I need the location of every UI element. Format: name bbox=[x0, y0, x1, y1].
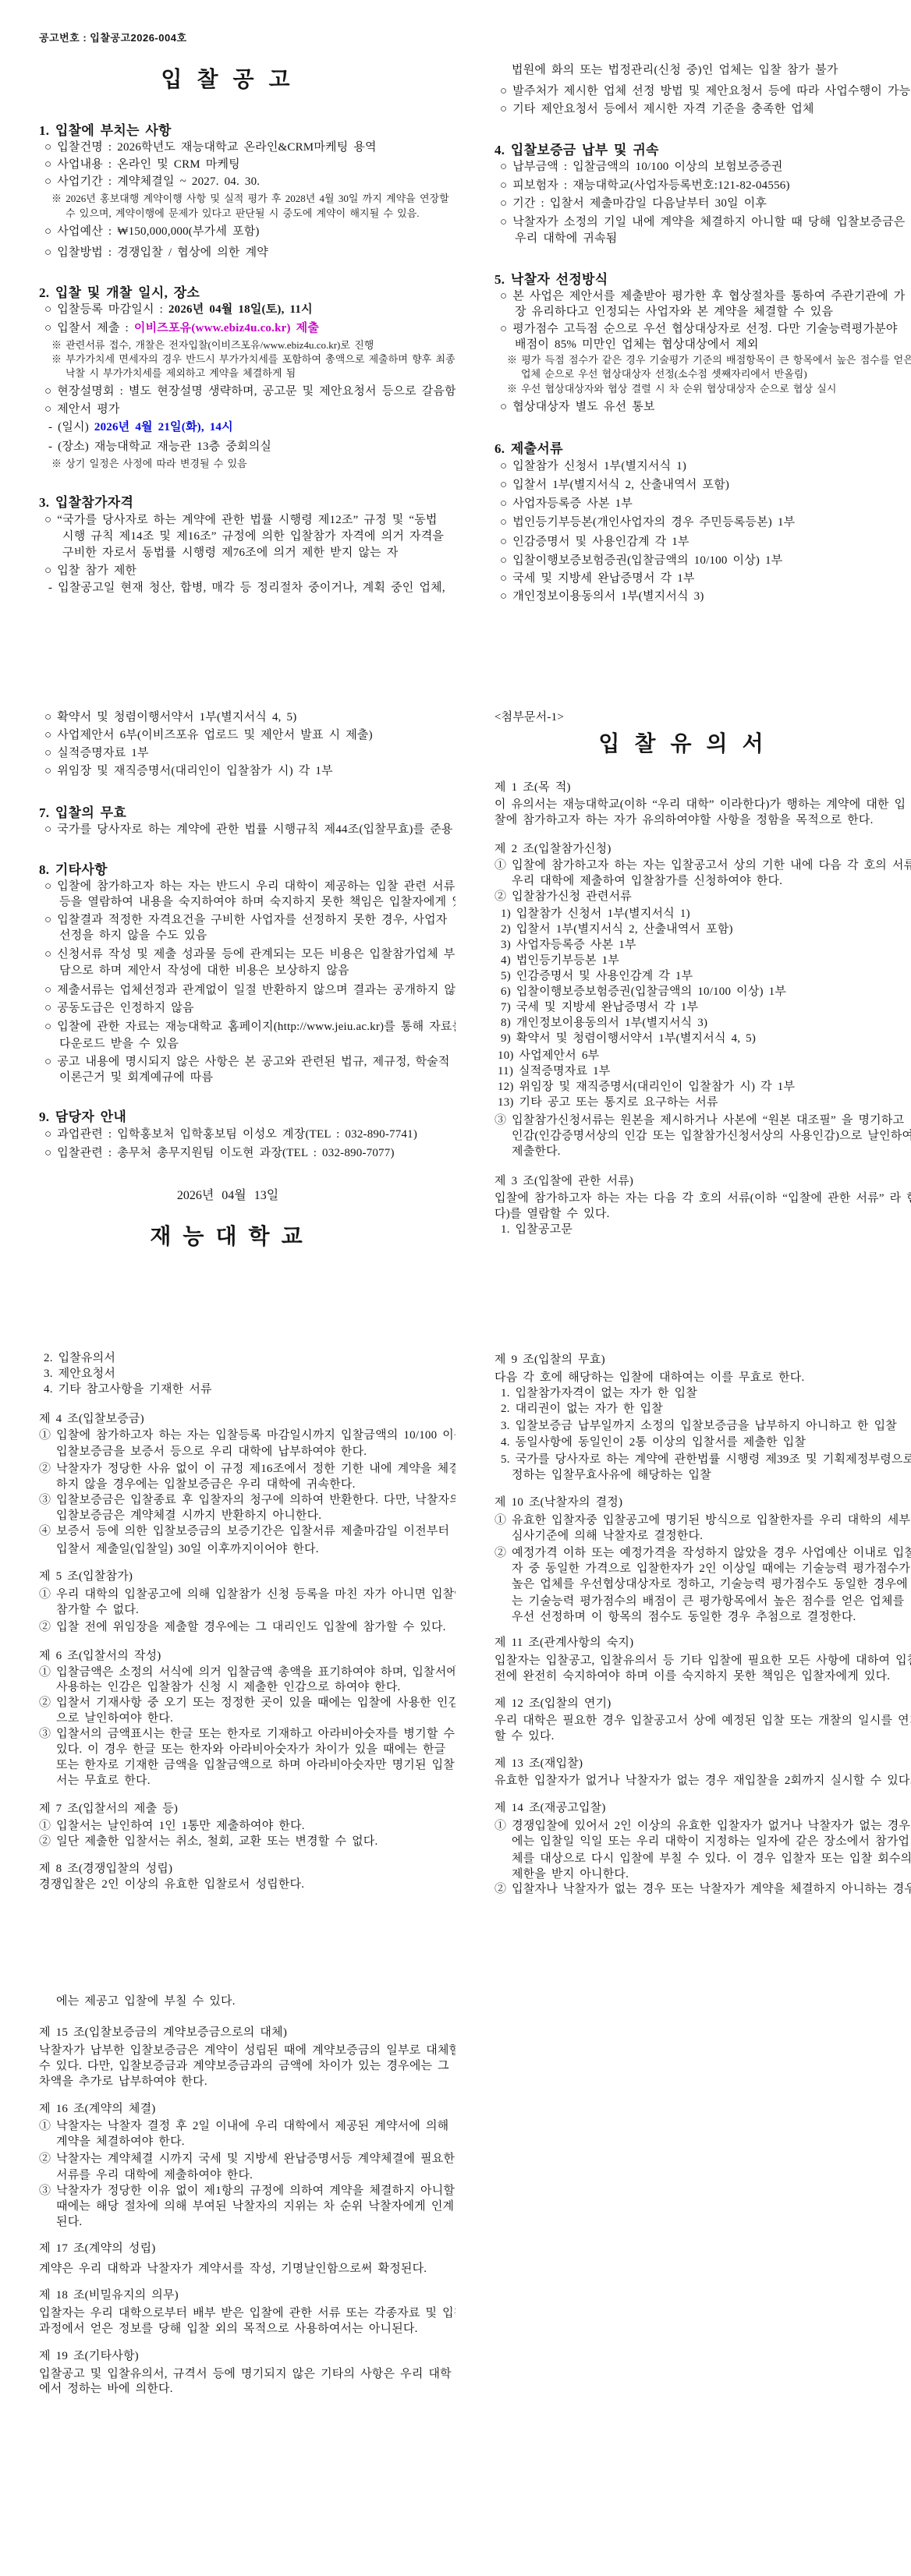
note-line: ※ 관련서류 접수, 개찰은 전자입찰(이비즈포유/www.ebiz4u.co.… bbox=[51, 338, 374, 352]
text-line: 또는 한자로 기재한 금액을 입찰금액으로 하며 아라비아숫자만 명기된 입찰 bbox=[56, 1758, 455, 1773]
text-line: 입찰공고 및 입찰유의서, 규격서 등에 명기되지 않은 기타의 사항은 우리 … bbox=[39, 2367, 452, 2382]
note-line: 업체 순으로 우선 협상대상자 선정(소수점 셋째자리에서 반올림) bbox=[521, 367, 807, 380]
article-heading: 제 17 조(계약의 성립) bbox=[39, 2242, 155, 2256]
list-item: 5. 국가를 당사자로 하는 계약에 관한법률 시행령 제39조 및 기획제정부… bbox=[501, 1453, 911, 1467]
note-line: ※ 상기 일정은 사정에 따라 변경될 수 있음 bbox=[51, 457, 247, 470]
text-line: ○ 입찰관련 : 총무처 총무지원팀 이도현 과장(TEL : 032-890-… bbox=[44, 1146, 395, 1161]
text-line: 배점이 85% 미만인 업체는 협상대상에서 제외 bbox=[515, 338, 759, 352]
list-item: 13) 기타 공고 또는 통지로 요구하는 서류 bbox=[498, 1095, 718, 1110]
list-item: 11) 실적증명자료 1부 bbox=[498, 1064, 610, 1079]
text-line: 할 수 있다. bbox=[494, 1729, 555, 1744]
text-line: - (일시) 2026년 4월 21일(화), 14시 bbox=[48, 420, 233, 435]
text-line: ○ 입찰서 제출 : 이비즈포유(www.ebiz4u.co.kr) 제출 bbox=[44, 321, 319, 336]
text-line: ○ 기간 : 입찰서 제출마감일 다음날부터 30일 이후 bbox=[500, 196, 767, 211]
text-line: ○ 개인정보이용동의서 1부(별지서식 3) bbox=[500, 589, 704, 604]
text-line: 서류를 우리 대학에 제출하여야 한다. bbox=[56, 2168, 253, 2183]
text-line: 참가할 수 없다. bbox=[56, 1603, 139, 1618]
text-line: 서는 무효로 한다. bbox=[56, 1774, 151, 1789]
text-line: 높은 업체를 우선협상대상자로 정하고, 기술능력 평가점수도 동일한 경우에 bbox=[512, 1577, 908, 1592]
text-line: 등을 열람하여 내용을 숙지하여야 하며 숙지하지 못한 책임은 입찰자에게 있… bbox=[59, 895, 455, 910]
text-line: 심사기준에 의해 낙찰자로 결정한다. bbox=[512, 1529, 703, 1544]
list-item: 2) 입찰서 1부(별지서식 2, 산출내역서 포함) bbox=[501, 922, 733, 937]
text-line: ○ 입찰 참가 제한 bbox=[44, 564, 136, 579]
text-line: ○ 입찰등록 마감일시 : 2026년 04월 18일(토), 11시 bbox=[44, 303, 313, 317]
article-heading: 제 8 조(경쟁입찰의 성립) bbox=[39, 1862, 172, 1877]
text-line: 입찰자는 입찰공고, 입찰유의서 등 기타 입찰에 필요한 모든 사항에 대하여… bbox=[494, 1654, 911, 1668]
text-line: ○ 신청서류 작성 및 제출 성과물 등에 관계되는 모든 비용은 입찰참가업체… bbox=[44, 947, 455, 962]
text-line: ② 예정가격 이하 또는 예정가격을 작성하지 않았을 경우 사업예산 이내로 … bbox=[494, 1546, 911, 1561]
article-heading: 제 5 조(입찰참가) bbox=[39, 1569, 133, 1584]
text-line: ○ 국가를 당사자로 하는 계약에 관한 법률 시행규칙 제44조(입찰무효)를… bbox=[44, 823, 453, 837]
text-line: 입찰에 참가하고자 하는 자는 다음 각 호의 서류(이하 “입찰에 관한 서류… bbox=[494, 1191, 911, 1206]
page-1: 공고번호 : 입찰공고2026-004호 입 찰 공 고 1. 입찰에 부치는 … bbox=[0, 0, 455, 644]
text-line: ○ 낙찰자가 소정의 기일 내에 계약을 체결하지 아니할 때 당해 입찰보증금… bbox=[500, 215, 905, 230]
text-line: ① 입찰에 참가하고자 하는 자는 입찰등록 마감일시까지 입찰금액의 10/1… bbox=[39, 1428, 455, 1443]
list-item: 10) 사업제안서 6부 bbox=[498, 1049, 599, 1063]
note-line: ※ 부가가치세 면세자의 경우 반드시 부가가치세를 포함하여 총액으로 제출하… bbox=[51, 352, 455, 366]
text-line: - (장소) 재능대학교 재능관 13층 중회의실 bbox=[48, 440, 271, 455]
text-line: ○ 사업기간 : 계약체결일 ~ 2027. 04. 30. bbox=[44, 175, 260, 189]
text-line: ④ 보증서 등에 의한 입찰보증금의 보증기간은 입찰서류 제출마감일 이전부터 bbox=[39, 1524, 449, 1539]
note-line: ※ 평가 득점 점수가 같은 경우 기술평가 기준의 배점항목이 큰 항목에서 … bbox=[507, 353, 911, 366]
text-line: 에서 정하는 바에 의한다. bbox=[39, 2382, 173, 2397]
text-line: ○ 입찰참가 신청서 1부(별지서식 1) bbox=[500, 459, 686, 474]
page-5: 2. 입찰유의서 3. 제안요청서 4. 기타 참고사항을 기재한 서류 제 4… bbox=[0, 1288, 455, 1932]
list-item: 3) 사업자등록증 사본 1부 bbox=[501, 938, 636, 953]
article-heading: 제 19 조(기타사항) bbox=[39, 2349, 139, 2364]
text-line: ○ 사업내용 : 온라인 및 CRM 마케팅 bbox=[44, 157, 240, 172]
text-line: ○ 입찰건명 : 2026학년도 재능대학교 온라인&CRM마케팅 용역 bbox=[44, 140, 377, 155]
announcement-date: 2026년 04월 13일 bbox=[0, 1185, 455, 1203]
text-line: 제출한다. bbox=[512, 1145, 561, 1159]
text-line: ① 입찰금액은 소정의 서식에 의거 입찰금액 총액을 표기하여야 하며, 입찰… bbox=[39, 1665, 455, 1680]
text-line: 이 유의서는 재능대학교(이하 “우리 대학” 이라한다)가 행하는 계약에 대… bbox=[494, 798, 906, 812]
text-line: 때에는 해당 절차에 의해 부여된 낙찰자의 지위는 차 순위 낙찰자에게 인계 bbox=[56, 2199, 454, 2214]
text-line: ○ 위임장 및 재직증명서(대리인이 입찰참가 시) 각 1부 bbox=[44, 764, 333, 779]
text-line: ○ 입찰결과 적정한 자격요건을 구비한 사업자를 선정하지 못한 경우, 사업… bbox=[44, 913, 447, 928]
text-line: ○ 납부금액 : 입찰금액의 10/100 이상의 보험보증증권 bbox=[500, 160, 783, 175]
text-line: 된다. bbox=[56, 2215, 82, 2230]
text-line: 으로 날인하여야 한다. bbox=[56, 1711, 173, 1726]
text-line: ③ 입찰참가신청서류는 원본을 제시하거나 사본에 “원본 대조필” 을 명기하… bbox=[494, 1113, 904, 1128]
text-line: ○ 입찰이행보증보험증권(입찰금액의 10/100 이상) 1부 bbox=[500, 554, 782, 568]
text-line: ○ 공동도급은 인정하지 않음 bbox=[44, 1001, 194, 1016]
text-line: 체를 대상으로 다시 입찰에 부칠 수 있다. 이 경우 입찰자 또는 입찰 회… bbox=[512, 1852, 911, 1867]
text-line: ② 입찰서 기재사항 중 오기 또는 정정한 곳이 있을 때에는 입찰에 사용한… bbox=[39, 1696, 455, 1711]
page-3: ○ 확약서 및 청렴이행서약서 1부(별지서식 4, 5) ○ 사업제안서 6부… bbox=[0, 644, 455, 1288]
text-line: 과정에서 얻은 정보를 당해 입찰 외의 목적으로 사용하여서는 아니된다. bbox=[39, 2322, 418, 2337]
text-line: 경쟁입찰은 2인 이상의 유효한 입찰로서 성립한다. bbox=[39, 1877, 304, 1892]
text-line: 구비한 자로서 동법률 시행령 제76조에 의거 제한 받지 않는 자 bbox=[62, 546, 399, 561]
text-line: 입찰서 제출일(입찰일) 30일 이후까지이어야 한다. bbox=[56, 1542, 319, 1557]
article-heading: 제 13 조(재입찰) bbox=[494, 1757, 583, 1771]
text-line: ② 입찰참가신청 관련서류 bbox=[494, 890, 632, 904]
page-8 bbox=[455, 1932, 911, 2576]
text-line: 다음 각 호에 해당하는 입찰에 대하여는 이를 무효로 한다. bbox=[494, 1371, 804, 1385]
article-heading: 제 15 조(입찰보증금의 계약보증금으로의 대체) bbox=[39, 2026, 287, 2040]
ebiz-link-text: 이비즈포유(www.ebiz4u.co.kr) 제출 bbox=[134, 322, 319, 334]
text-line: ① 낙찰자는 낙찰자 결정 후 2일 이내에 우리 대학에서 제공된 계약서에 … bbox=[39, 2119, 448, 2134]
text-line: 는 기술능력 평가점수의 배점이 큰 평가항목에서 높은 점수를 얻은 업체를 bbox=[512, 1594, 904, 1609]
note-line: 낙찰 시 부가가치세를 제외하고 계약을 체결하게 됨 bbox=[66, 366, 296, 380]
note-line: ※ 2026년 홍보대행 계약이행 사항 및 실적 평가 후 2028년 4월 … bbox=[51, 192, 449, 205]
text-line: ○ 입찰에 참가하고자 하는 자는 반드시 우리 대학이 제공하는 입찰 관련 … bbox=[44, 879, 455, 894]
section-6-heading: 6. 제출서류 bbox=[494, 437, 563, 457]
article-heading: 제 7 조(입찰서의 제출 등) bbox=[39, 1802, 178, 1817]
list-item: 4. 기타 참고사항을 기재한 서류 bbox=[44, 1382, 212, 1397]
text-line: ○ 입찰서 1부(별지서식 2, 산출내역서 포함) bbox=[500, 478, 729, 493]
text-line: ○ 사업자등록증 사본 1부 bbox=[500, 497, 633, 511]
list-item: 3. 제안요청서 bbox=[44, 1367, 115, 1382]
article-heading: 제 11 조(관계사항의 숙지) bbox=[494, 1636, 633, 1651]
section-4-heading: 4. 입찰보증금 납부 및 귀속 bbox=[494, 139, 659, 158]
text-line: 에는 입찰일 익일 또는 우리 대학이 지정하는 일자에 같은 장소에서 참가업 bbox=[512, 1835, 909, 1849]
section-9-heading: 9. 담당자 안내 bbox=[39, 1106, 126, 1125]
list-item: 12) 위임장 및 재직증명서(대리인이 입찰참가 시) 각 1부 bbox=[498, 1080, 795, 1095]
article-heading: 제 10 조(낙찰자의 결정) bbox=[494, 1495, 622, 1510]
text-line: ○ 확약서 및 청렴이행서약서 1부(별지서식 4, 5) bbox=[44, 710, 296, 725]
article-heading: 제 9 조(입찰의 무효) bbox=[494, 1353, 605, 1368]
text-line: 입찰자는 우리 대학으로부터 배부 받은 입찰에 관한 서류 또는 각종자료 및… bbox=[39, 2306, 455, 2321]
text-line: 찰에 참가하고자 하는 자가 유의하여야할 사항을 정함을 목적으로 한다. bbox=[494, 813, 874, 828]
text-line: ○ 입찰방법 : 경쟁입찰 / 협상에 의한 계약 bbox=[44, 246, 268, 260]
text-line: 있다. 이 경우 한글 또는 한자와 아라비아숫자가 차이가 있을 때에는 한글 bbox=[56, 1743, 445, 1757]
text-line: 이론근거 및 회계예규에 따름 bbox=[59, 1070, 213, 1085]
section-5-heading: 5. 낙찰자 선정방식 bbox=[494, 268, 608, 288]
text-line: 우리 대학에 귀속됨 bbox=[515, 232, 617, 246]
text-line: ○ 입찰에 관한 자료는 재능대학교 홈페이지(http://www.jeiu.… bbox=[44, 1020, 455, 1035]
text-line: 법원에 화의 또는 법정관리(신청 중)인 업체는 입찰 참가 불가 bbox=[512, 63, 838, 78]
text-line: 우리 대학은 필요한 경우 입찰공고서 상에 예정된 입찰 또는 개찰의 일시를… bbox=[494, 1714, 911, 1729]
page-6: 제 9 조(입찰의 무효) 다음 각 호에 해당하는 입찰에 대하여는 이를 무… bbox=[455, 1288, 911, 1932]
text-line: ○ 과업관련 : 입학홍보처 입학홍보팀 이성오 계장(TEL : 032-89… bbox=[44, 1127, 417, 1142]
list-item: 2. 입찰유의서 bbox=[44, 1351, 115, 1366]
text-line: ○ 피보험자 : 재능대학교(사업자등록번호:121-82-04556) bbox=[500, 179, 790, 193]
list-item: 6) 입찰이행보증보험증권(입찰금액의 10/100 이상) 1부 bbox=[501, 985, 786, 1000]
text-line: 전에 완전히 숙지하여야 하며 이를 숙지하지 못한 책임은 입찰자에게 있다. bbox=[494, 1669, 890, 1684]
document-canvas: 공고번호 : 입찰공고2026-004호 입 찰 공 고 1. 입찰에 부치는 … bbox=[0, 0, 911, 2576]
text-line: ○ 평가점수 고득점 순으로 우선 협상대상자로 선정. 다만 기술능력평가분야 bbox=[500, 322, 898, 337]
page-7: 에는 제공고 입찰에 부칠 수 있다. 제 15 조(입찰보증금의 계약보증금으… bbox=[0, 1932, 455, 2576]
text-line: ① 입찰에 참가하고자 하는 자는 입찰공고서 상의 기한 내에 다음 각 호의… bbox=[494, 858, 911, 873]
text-line: ○ 공고 내용에 명시되지 않은 사항은 본 공고와 관련된 법규, 제규정, … bbox=[44, 1055, 450, 1070]
text-line: ○ 국세 및 지방세 완납증명서 각 1부 bbox=[500, 571, 695, 586]
article-heading: 제 18 조(비밀유지의 의무) bbox=[39, 2288, 179, 2303]
text-line: 선정을 하지 않을 수도 있음 bbox=[59, 929, 207, 943]
text-line: ○ 협상대상자 별도 유선 통보 bbox=[500, 400, 655, 415]
section-2-heading: 2. 입찰 및 개찰 일시, 장소 bbox=[39, 281, 200, 301]
text-line: 다운로드 받을 수 있음 bbox=[59, 1037, 179, 1052]
list-item: 5) 인감증명서 및 사용인감계 각 1부 bbox=[501, 969, 693, 984]
text-line: 우선 선정하며 이 항목의 점수도 동일한 경우 추첨으로 결정한다. bbox=[512, 1610, 856, 1625]
text-line: 에는 제공고 입찰에 부칠 수 있다. bbox=[56, 1994, 236, 2009]
text-line: ○ 법인등기부등본(개인사업자의 경우 주민등록등본) 1부 bbox=[500, 515, 795, 530]
text-line: ③ 낙찰자가 정당한 이유 없이 제1항의 규정에 의하여 계약을 체결하지 아… bbox=[39, 2184, 455, 2199]
page-4: <첨부문서-1> 입 찰 유 의 서 제 1 조(목 적) 이 유의서는 재능대… bbox=[455, 644, 911, 1288]
text-line: ○ 본 사업은 제안서를 제출받아 평가한 후 협상절차를 통하여 주관기관에 … bbox=[500, 289, 905, 304]
text-line: 수 있다. 다만, 입찰보증금과 계약보증금과의 금액에 차이가 있는 경우에는… bbox=[39, 2059, 449, 2074]
article-heading: 제 2 조(입찰참가신청) bbox=[494, 842, 611, 857]
text-line: ② 낙찰자가 정당한 사유 없이 이 규정 제16조에서 정한 기한 내에 계약… bbox=[39, 1462, 455, 1477]
text-line: ① 경쟁입찰에 있어서 2인 이상의 유효한 입찰자가 없거나 낙찰자가 없는 … bbox=[494, 1819, 910, 1834]
section-8-heading: 8. 기타사항 bbox=[39, 858, 108, 878]
doc-title: 입 찰 공 고 bbox=[0, 62, 455, 94]
text-line: ○ 현장설명회 : 별도 현장설명 생략하며, 공고문 및 제안요청서 등으로 … bbox=[44, 384, 455, 399]
page-2: 법원에 화의 또는 법정관리(신청 중)인 업체는 입찰 참가 불가 ○ 발주처… bbox=[455, 0, 911, 644]
text-line: 하지 않을 경우에는 입찰보증금은 우리 대학에 귀속한다. bbox=[56, 1477, 356, 1492]
list-item: 7) 국세 및 지방세 완납증명서 각 1부 bbox=[501, 1000, 698, 1015]
text-line: ① 입찰서는 날인하여 1인 1통만 제출하여야 한다. bbox=[39, 1819, 305, 1834]
list-item: 3. 입찰보증금 납부일까지 소정의 입찰보증금을 납부하지 아니하고 한 입찰 bbox=[501, 1419, 897, 1434]
text-line: ○ 기타 제안요청서 등에서 제시한 자격 기준을 충족한 업체 bbox=[500, 102, 814, 117]
list-item: 4) 법인등기부등본 1부 bbox=[501, 954, 619, 968]
text-line: 낙찰자가 납부한 입찰보증금은 계약이 성립된 때에 계약보증금의 일부로 대체… bbox=[39, 2043, 455, 2058]
list-item: 1) 입찰참가 신청서 1부(별지서식 1) bbox=[501, 907, 690, 922]
attachment-title: 입 찰 유 의 서 bbox=[455, 727, 911, 758]
text-line: ② 낙찰자는 계약체결 시까지 국세 및 지방세 완납증명서등 계약체결에 필요… bbox=[39, 2152, 455, 2167]
attachment-tag: <첨부문서-1> bbox=[494, 710, 564, 725]
text-line: ○ 인감증명서 및 사용인감계 각 1부 bbox=[500, 535, 689, 550]
note-line: 수 있으며, 계약이행에 문제가 있다고 판단될 시 중도에 계약이 해지될 수… bbox=[66, 207, 420, 220]
university-name: 재 능 대 학 교 bbox=[0, 1219, 455, 1251]
section-7-heading: 7. 입찰의 무효 bbox=[39, 801, 126, 821]
text-line: ① 유효한 입찰자중 입찰공고에 명기된 방식으로 입찰한자를 우리 대학의 세… bbox=[494, 1513, 910, 1528]
text-line: 계약은 우리 대학과 낙찰자가 계약서를 작성, 기명날인함으로써 확정된다. bbox=[39, 2262, 427, 2277]
list-item: 9) 확약서 및 청렴이행서약서 1부(별지서식 4, 5) bbox=[501, 1031, 756, 1046]
text-line: 사용하는 인감은 입찰참가 신청 시 제출한 인감으로 하여야 한다. bbox=[56, 1680, 401, 1695]
section-3-heading: 3. 입찰참가자격 bbox=[39, 491, 133, 511]
list-item: 1. 입찰참가자격이 없는 자가 한 입찰 bbox=[501, 1386, 697, 1401]
text-line: 장 유리하다고 인정되는 사업자와 본 계약을 체결할 수 있음 bbox=[515, 305, 833, 320]
text-line: 차액을 추가로 납부하여야 한다. bbox=[39, 2075, 207, 2089]
article-heading: 제 16 조(계약의 체결) bbox=[39, 2102, 155, 2117]
section-1-heading: 1. 입찰에 부치는 사항 bbox=[39, 119, 172, 139]
text-line: 인감(인감증명서상의 인감 또는 입찰참가신청서상의 사용인감)으로 날인하여 bbox=[512, 1129, 911, 1144]
text-line: 우리 대학에 제출하여 입찰참가를 신청하여야 한다. bbox=[512, 874, 782, 889]
text-line: ○ 발주처가 제시한 업체 선정 방법 및 제안요청서 등에 따라 사업수행이 … bbox=[500, 84, 911, 99]
text-line: ○ “국가를 당사자로 하는 계약에 관한 법률 시행령 제12조” 규정 및 … bbox=[44, 513, 438, 528]
text-line: ② 입찰 전에 위임장을 제출할 경우에는 그 대리인도 입찰에 참가할 수 있… bbox=[39, 1620, 446, 1635]
text-line: ② 입찰자나 낙찰자가 없는 경우 또는 낙찰자가 계약을 체결하지 아니하는 … bbox=[494, 1882, 911, 1897]
evaluation-date: 2026년 4월 21일(화), 14시 bbox=[94, 421, 233, 433]
text-line: - 입찰공고일 현재 청산, 합병, 매각 등 정리절차 중이거나, 계획 중인… bbox=[48, 581, 445, 596]
text-line: ○ 실적증명자료 1부 bbox=[44, 746, 149, 761]
list-item: 4. 동일사항에 동일인이 2통 이상의 입찰서를 제출한 입찰 bbox=[501, 1435, 806, 1450]
notice-number: 공고번호 : 입찰공고2026-004호 bbox=[39, 30, 187, 44]
text-line: ○ 제안서 평가 bbox=[44, 402, 120, 417]
list-item: 1. 입찰공고문 bbox=[501, 1223, 572, 1237]
text-line: 계약을 체결하여야 한다. bbox=[56, 2135, 185, 2150]
list-item: 2. 대리권이 없는 자가 한 입찰 bbox=[501, 1402, 663, 1417]
text-line: ③ 입찰서의 금액표시는 한글 또는 한자로 기재하고 아라비아숫자를 병기할 … bbox=[39, 1727, 455, 1742]
text-line: ○ 사업제안서 6부(이비즈포유 업로드 및 제안서 발표 시 제출) bbox=[44, 728, 373, 743]
text-line: ② 일단 제출한 입찰서는 취소, 철회, 교환 또는 변경할 수 없다. bbox=[39, 1835, 378, 1849]
text-line: ③ 입찰보증금은 입찰종료 후 입찰자의 청구에 의하여 반환한다. 다만, 낙… bbox=[39, 1493, 455, 1508]
article-heading: 제 4 조(입찰보증금) bbox=[39, 1412, 144, 1427]
article-heading: 제 14 조(재공고입찰) bbox=[494, 1801, 606, 1816]
text-line: ○ 사업예산 : ₩150,000,000(부가세 포함) bbox=[44, 225, 260, 239]
deadline-date: 2026년 04월 18일(토), 11시 bbox=[168, 303, 313, 316]
note-line: ※ 우선 협상대상자와 협상 결렬 시 차 순위 협상대상자 순으로 협상 실시 bbox=[507, 382, 836, 395]
text-line: 담으로 하며 제안서 작성에 대한 비용은 보상하지 않음 bbox=[59, 964, 349, 978]
text-line: 입찰보증금을 보증서 등으로 우리 대학에 납부하여야 한다. bbox=[56, 1445, 367, 1460]
article-heading: 제 6 조(입찰서의 작성) bbox=[39, 1649, 161, 1664]
text-line: 유효한 입찰자가 없거나 낙찰자가 없는 경우 재입찰을 2회까지 실시할 수 … bbox=[494, 1774, 911, 1789]
text-line: 입찰보증금은 계약체결 시까지 반환하지 아니한다. bbox=[56, 1509, 321, 1523]
text-line: 시행 규칙 제14조 및 제16조” 규정에 의한 입찰참가 자격에 의거 자격… bbox=[62, 529, 444, 544]
text-line: ○ 제출서류는 업체선정과 관계없이 일절 반환하지 않으며 결과는 공개하지 … bbox=[44, 983, 455, 998]
article-heading: 제 1 조(목 적) bbox=[494, 780, 571, 795]
text-line: 다)를 열람할 수 있다. bbox=[494, 1207, 610, 1222]
text-line: 자 중 동일한 가격으로 입찰한자가 2인 이상일 때에는 기술능력 평가점수가 bbox=[512, 1562, 910, 1576]
text-line: 정하는 입찰무효사유에 해당하는 입찰 bbox=[512, 1468, 711, 1483]
list-item: 8) 개인정보이용동의서 1부(별지서식 3) bbox=[501, 1016, 707, 1031]
text-line: ① 우리 대학의 입찰공고에 의해 입찰참가 신청 등록을 마친 자가 아니면 … bbox=[39, 1587, 455, 1602]
article-heading: 제 3 조(입찰에 관한 서류) bbox=[494, 1174, 633, 1189]
article-heading: 제 12 조(입찰의 연기) bbox=[494, 1697, 611, 1711]
text-line: 제한을 받지 아니한다. bbox=[512, 1867, 629, 1882]
